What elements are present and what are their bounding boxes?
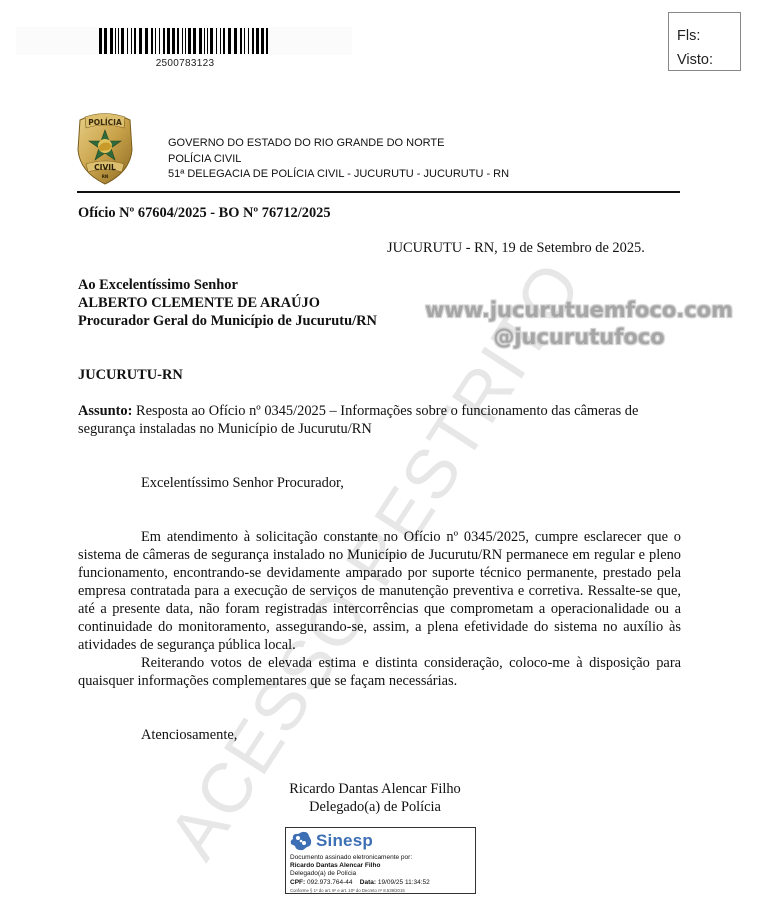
- document-reference: Ofício Nº 67604/2025 - BO Nº 76712/2025: [78, 204, 331, 222]
- svg-text:CIVIL: CIVIL: [94, 163, 116, 172]
- subject-label: Assunto:: [78, 403, 132, 419]
- site-watermark-url: www.jucurutuemfoco.com: [424, 297, 734, 324]
- signature-cpf-date: CPF: 092.973.764-44 Data: 19/09/25 11:34…: [290, 879, 430, 887]
- closing: Atenciosamente,: [141, 726, 237, 744]
- cpf-label: CPF:: [290, 879, 305, 886]
- sinesp-brand: Sinesp: [316, 831, 373, 851]
- header-divider: [77, 191, 680, 193]
- recipient-salutation: Ao Excelentíssimo Senhor: [78, 276, 377, 294]
- svg-text:RN: RN: [102, 174, 108, 179]
- signed-by-label: Documento assinado eletronicamente por:: [290, 854, 430, 862]
- header-delegacia: 51ª DELEGACIA DE POLÍCIA CIVIL - JUCURUT…: [168, 167, 509, 183]
- signer-block: Ricardo Dantas Alencar Filho Delegado(a)…: [250, 780, 500, 816]
- site-watermark: www.jucurutuemfoco.com @jucurutufoco: [424, 297, 734, 351]
- greeting: Excelentíssimo Senhor Procurador,: [141, 474, 344, 492]
- recipient-block: Ao Excelentíssimo Senhor ALBERTO CLEMENT…: [78, 276, 377, 330]
- barcode-image: [99, 28, 269, 54]
- body-paragraph: Reiterando votos de elevada estima e dis…: [78, 654, 681, 690]
- subject-text: Resposta ao Ofício nº 0345/2025 – Inform…: [78, 403, 638, 437]
- body-paragraph: Em atendimento à solicitação constante n…: [78, 528, 681, 654]
- sinesp-logo: Sinesp: [290, 830, 373, 852]
- barcode-number: 2500783123: [100, 58, 270, 69]
- signature-signer-role: Delegado(a) de Polícia: [290, 870, 430, 878]
- recipient-city: JUCURUTU-RN: [78, 366, 183, 384]
- policia-civil-badge-icon: POLÍCIA CIVIL RN: [76, 110, 134, 186]
- letter-body: Em atendimento à solicitação constante n…: [78, 528, 681, 690]
- fls-label: Fls:: [677, 24, 740, 48]
- header-policia-civil: POLÍCIA CIVIL: [168, 152, 509, 168]
- signer-name: Ricardo Dantas Alencar Filho: [250, 780, 500, 798]
- signature-signer-name: Ricardo Dantas Alencar Filho: [290, 862, 430, 870]
- signer-role: Delegado(a) de Polícia: [250, 798, 500, 816]
- electronic-signature-stamp: Sinesp Documento assinado eletronicament…: [285, 827, 476, 894]
- folha-visto-box: Fls: Visto:: [668, 12, 741, 71]
- site-watermark-handle: @jucurutufoco: [424, 324, 734, 351]
- signature-details: Documento assinado eletronicamente por: …: [290, 854, 430, 894]
- legal-note: Conforme § 1º do art. 6º e art. 10º do D…: [290, 887, 430, 894]
- place-date: JUCURUTU - RN, 19 de Setembro de 2025.: [387, 239, 645, 257]
- subject-line: Assunto: Resposta ao Ofício nº 0345/2025…: [78, 402, 681, 438]
- visto-label: Visto:: [677, 48, 740, 72]
- svg-text:POLÍCIA: POLÍCIA: [88, 118, 122, 127]
- recipient-name: ALBERTO CLEMENTE DE ARAÚJO: [78, 294, 377, 312]
- sinesp-logo-icon: [290, 831, 312, 851]
- institution-header: GOVERNO DO ESTADO DO RIO GRANDE DO NORTE…: [168, 136, 509, 183]
- date-value: 19/09/25 11:34:52: [378, 879, 430, 886]
- cpf-value: 092.973.764-44: [307, 879, 353, 886]
- recipient-title: Procurador Geral do Município de Jucurut…: [78, 312, 377, 330]
- date-label: Data:: [360, 879, 376, 886]
- header-government: GOVERNO DO ESTADO DO RIO GRANDE DO NORTE: [168, 136, 509, 152]
